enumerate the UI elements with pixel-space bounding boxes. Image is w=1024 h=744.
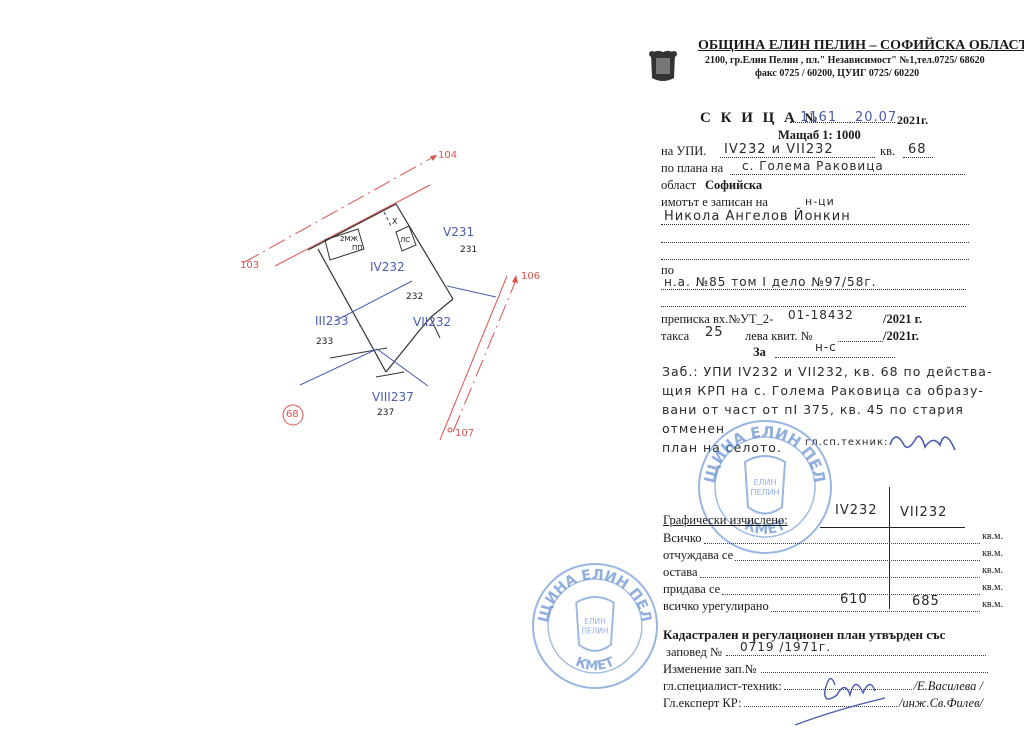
sketch-title-text: С К И Ц А xyxy=(700,110,798,126)
point-label: 107 xyxy=(455,428,474,439)
area-row-unit: кв.м. xyxy=(982,599,1003,616)
fee-year: /2021г. xyxy=(883,329,919,344)
plot-upi-label: VIII237 xyxy=(372,390,414,404)
area-row-unit: кв.м. xyxy=(982,565,1003,582)
blank-line-1 xyxy=(661,242,969,243)
region-label: област xyxy=(661,178,696,193)
kv-dots xyxy=(903,157,933,158)
upi-dots xyxy=(720,157,875,158)
area-row-unit: кв.м. xyxy=(982,548,1003,565)
by-value: н.а. №85 том I дело №97/58г. xyxy=(664,275,876,289)
date-dots xyxy=(850,122,895,123)
blank-line-3 xyxy=(661,306,966,307)
area-total-col-1: 610 xyxy=(840,592,868,607)
building-label: X xyxy=(392,217,397,226)
area-table-heading: Графически изчислено: xyxy=(663,513,788,528)
plot-parcel-label: 233 xyxy=(316,337,333,347)
order-value: 0719 /1971г. xyxy=(740,640,831,654)
number-dots xyxy=(790,122,850,123)
svg-text:ОБЩИНА ЕЛИН ПЕЛИН: ОБЩИНА ЕЛИН ПЕЛИН xyxy=(534,565,654,624)
expert-label: Гл.експерт КР: xyxy=(663,696,742,711)
fee-rest: лева квит. № xyxy=(745,329,813,344)
expert-name: /инж.Св.Филев/ xyxy=(899,696,983,711)
blank-line-2 xyxy=(661,259,969,260)
area-row-label: всичко урегулирано xyxy=(663,599,769,616)
plot-upi-label: III233 xyxy=(315,314,349,328)
area-row-label: отчуждава се xyxy=(663,548,733,565)
for-value: н-с xyxy=(815,340,837,354)
municipality-fax: факс 0725 / 60200, ЦУИГ 0725/ 60220 xyxy=(755,68,919,79)
municipality-title: ОБЩИНА ЕЛИН ПЕЛИН – СОФИЙСКА ОБЛАСТ xyxy=(698,38,1024,54)
area-rows: Всичко кв.м. отчуждава се кв.м. остава к… xyxy=(663,531,1003,616)
svg-text:ПЕЛИН: ПЕЛИН xyxy=(581,627,608,636)
svg-text:ОБЩИНА ЕЛИН ПЕЛИН: ОБЩИНА ЕЛИН ПЕЛИН xyxy=(700,422,829,485)
owner-note: н-ци xyxy=(805,195,835,208)
area-row: придава се кв.м. xyxy=(663,582,1003,599)
area-row: всичко урегулирано кв.м. xyxy=(663,599,1003,616)
svg-text:ПЕЛИН: ПЕЛИН xyxy=(750,488,779,497)
fee-label: такса xyxy=(661,329,689,344)
change-label: Изменение зап.№ xyxy=(663,662,757,677)
copy-year: /2021 г. xyxy=(883,312,922,327)
plot-parcel-label: 237 xyxy=(377,408,394,418)
tech-signature-icon xyxy=(885,425,965,465)
plan-value: с. Голема Раковица xyxy=(742,159,884,173)
kv-value: 68 xyxy=(908,142,927,157)
area-row-label: придава се xyxy=(663,582,720,599)
plot-upi-label: IV232 xyxy=(370,260,405,274)
plot-upi-label: VII232 xyxy=(413,315,451,329)
owner-value: Никола Ангелов Йонкин xyxy=(664,209,851,224)
plot-parcel-label: 232 xyxy=(406,292,423,302)
building-label: 2МЖ xyxy=(340,235,358,243)
plot-sketch: 104 103 106 107 68 V231 231 IV232 232 VI… xyxy=(230,140,550,450)
area-row: Всичко кв.м. xyxy=(663,531,1003,548)
building-label: ПП xyxy=(352,244,363,252)
order-label: заповед № xyxy=(666,645,722,660)
municipality-address: 2100, гр.Елин Пелин , пл." Независимост"… xyxy=(705,55,985,66)
area-row: остава кв.м. xyxy=(663,565,1003,582)
svg-text:ЕЛИН: ЕЛИН xyxy=(584,617,606,626)
upi-label: на УПИ. xyxy=(661,144,706,159)
approval-signature-icon xyxy=(775,665,905,735)
plot-parcel-label: 231 xyxy=(460,245,477,255)
owner-dots xyxy=(661,224,969,225)
receipt-dots xyxy=(838,341,883,342)
area-row-unit: кв.м. xyxy=(982,531,1003,548)
area-header-rule xyxy=(820,527,965,528)
quarter-number: 68 xyxy=(286,409,299,420)
area-row: отчуждава се кв.м. xyxy=(663,548,1003,565)
specialist-label: гл.специалист-техник: xyxy=(663,679,782,694)
svg-text:КМЕТ: КМЕТ xyxy=(573,655,616,674)
upi-value: IV232 и VII232 xyxy=(724,142,834,157)
area-row-label: Всичко xyxy=(663,531,702,548)
kv-label: кв. xyxy=(880,144,895,159)
owner-label: имотът е записан на xyxy=(661,195,768,210)
municipality-crest-icon xyxy=(648,48,678,84)
note-line: щия КРП на с. Голема Раковица са образу- xyxy=(662,381,1022,400)
svg-text:ЕЛИН: ЕЛИН xyxy=(753,478,776,487)
area-row-unit: кв.м. xyxy=(982,582,1003,599)
for-label: За xyxy=(753,345,766,360)
region-value: Софийска xyxy=(705,178,762,193)
by-dots xyxy=(661,289,966,290)
copy-value: 01-18432 xyxy=(788,308,854,322)
area-total-col-2: 685 xyxy=(912,594,940,609)
building-label: ЛС xyxy=(400,236,410,244)
area-col-1-header: IV232 xyxy=(835,503,878,518)
point-label: 103 xyxy=(240,260,259,271)
area-row-label: остава xyxy=(663,565,698,582)
point-label: 104 xyxy=(438,150,457,161)
plan-label: по плана на xyxy=(661,161,723,176)
plot-upi-label: V231 xyxy=(443,225,474,239)
area-col-2-header: VII232 xyxy=(900,505,947,520)
point-label: 106 xyxy=(521,271,540,282)
official-stamp-lower: ЕЛИН ПЕЛИН ОБЩИНА ЕЛИН ПЕЛИН КМЕТ xyxy=(532,563,658,689)
plan-dots xyxy=(730,174,965,175)
sketch-year: 2021г. xyxy=(897,113,928,128)
note-line: Заб.: УПИ IV232 и VII232, кв. 68 по дейс… xyxy=(662,362,1022,381)
fee-value: 25 xyxy=(705,325,724,340)
scale: Мащаб 1: 1000 xyxy=(778,128,861,143)
specialist-name: /Е.Василева / xyxy=(914,679,983,694)
for-dots xyxy=(775,357,895,358)
